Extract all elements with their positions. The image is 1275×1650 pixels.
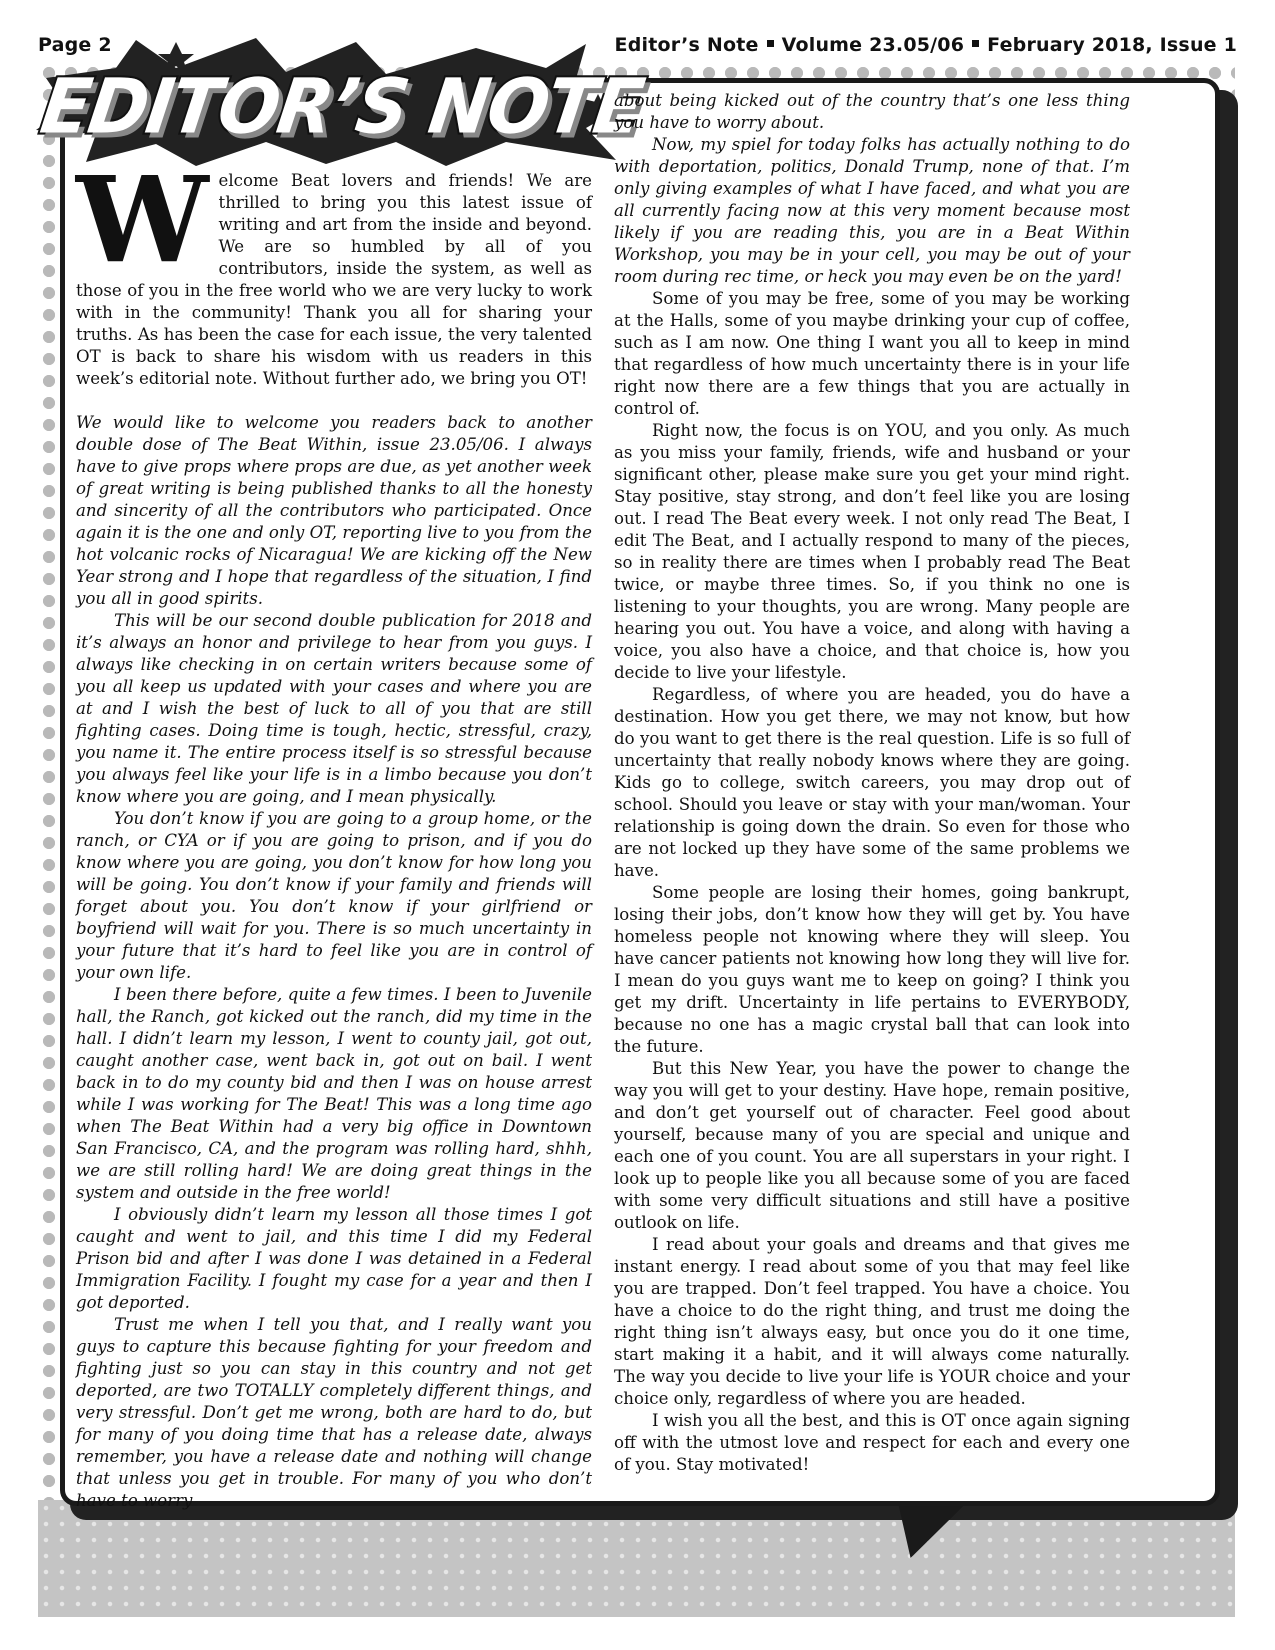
body-paragraph: We would like to welcome you readers bac… — [76, 412, 592, 610]
body-paragraph: I read about your goals and dreams and t… — [614, 1234, 1130, 1410]
body-paragraph: I been there before, quite a few times. … — [76, 984, 592, 1204]
running-title-date: February 2018, Issue 1 — [987, 34, 1237, 56]
page-title: EDITOR’S NOTE — [36, 62, 648, 150]
body-paragraph: This will be our second double publicati… — [76, 610, 592, 808]
body-paragraph: Right now, the focus is on YOU, and you … — [614, 420, 1130, 684]
running-title-section: Editor’s Note — [615, 34, 759, 56]
body-paragraph: Trust me when I tell you that, and I rea… — [76, 1314, 592, 1512]
body-paragraph: But this New Year, you have the power to… — [614, 1058, 1130, 1234]
square-bullet-icon — [972, 40, 979, 47]
drop-cap: W — [76, 174, 209, 266]
left-column: Welcome Beat lovers and friends! We are … — [76, 170, 592, 1512]
body-paragraph: Regardless, of where you are headed, you… — [614, 684, 1130, 882]
body-paragraph: about being kicked out of the country th… — [614, 90, 1130, 134]
right-column: about being kicked out of the country th… — [614, 90, 1130, 1476]
intro-paragraph: Welcome Beat lovers and friends! We are … — [76, 170, 592, 390]
closing-paragraph: I wish you all the best, and this is OT … — [614, 1410, 1130, 1476]
body-paragraph: Some of you may be free, some of you may… — [614, 288, 1130, 420]
body-paragraph: I obviously didn’t learn my lesson all t… — [76, 1204, 592, 1314]
body-paragraph: Now, my spiel for today folks has actual… — [614, 134, 1130, 288]
body-paragraph: You don’t know if you are going to a gro… — [76, 808, 592, 984]
running-title-volume: Volume 23.05/06 — [782, 34, 965, 56]
running-title: Editor’s NoteVolume 23.05/06February 201… — [615, 34, 1237, 56]
title-banner: EDITOR’S NOTE — [26, 38, 626, 168]
body-paragraph: Some people are losing their homes, goin… — [614, 882, 1130, 1058]
square-bullet-icon — [767, 40, 774, 47]
